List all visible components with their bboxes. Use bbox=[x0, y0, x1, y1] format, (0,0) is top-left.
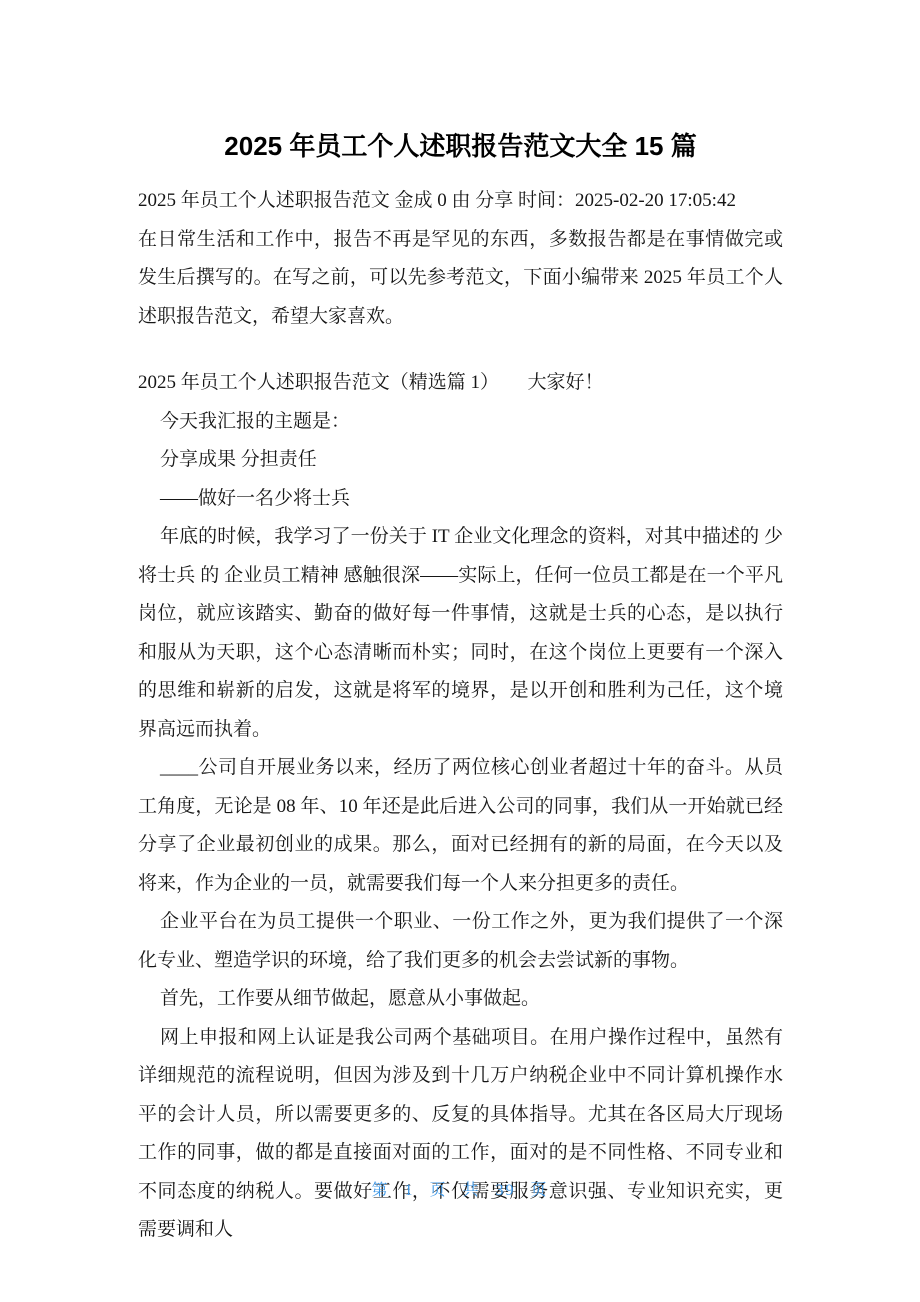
document-page: 2025 年员工个人述职报告范文大全 15 篇 2025 年员工个人述职报告范文… bbox=[0, 0, 920, 1302]
page-footer: 第 1 页 共 39 页 bbox=[0, 1180, 920, 1202]
document-body: 在日常生活和工作中，报告不再是罕见的东西，多数报告都是在事情做完或发生后撰写的。… bbox=[138, 221, 783, 1250]
paragraph: 分享成果 分担责任 bbox=[138, 441, 783, 480]
paragraph: 在日常生活和工作中，报告不再是罕见的东西，多数报告都是在事情做完或发生后撰写的。… bbox=[138, 221, 783, 337]
paragraph: 今天我汇报的主题是： bbox=[138, 403, 783, 442]
paragraph: ____公司自开展业务以来，经历了两位核心创业者超过十年的奋斗。从员工角度，无论… bbox=[138, 749, 783, 903]
document-meta-line: 2025 年员工个人述职报告范文 金成 0 由 分享 时间：2025-02-20… bbox=[138, 182, 783, 221]
document-title: 2025 年员工个人述职报告范文大全 15 篇 bbox=[138, 126, 783, 166]
paragraph: 网上申报和网上认证是我公司两个基础项目。在用户操作过程中，虽然有详细规范的流程说… bbox=[138, 1019, 783, 1250]
paragraph: 首先，工作要从细节做起，愿意从小事做起。 bbox=[138, 980, 783, 1019]
paragraph: 年底的时候，我学习了一份关于 IT 企业文化理念的资料，对其中描述的 少将士兵 … bbox=[138, 518, 783, 749]
paragraph: 2025 年员工个人述职报告范文（精选篇 1） 大家好！ bbox=[138, 364, 783, 403]
paragraph: 企业平台在为员工提供一个职业、一份工作之外，更为我们提供了一个深化专业、塑造学识… bbox=[138, 903, 783, 980]
paragraph: ——做好一名少将士兵 bbox=[138, 480, 783, 519]
